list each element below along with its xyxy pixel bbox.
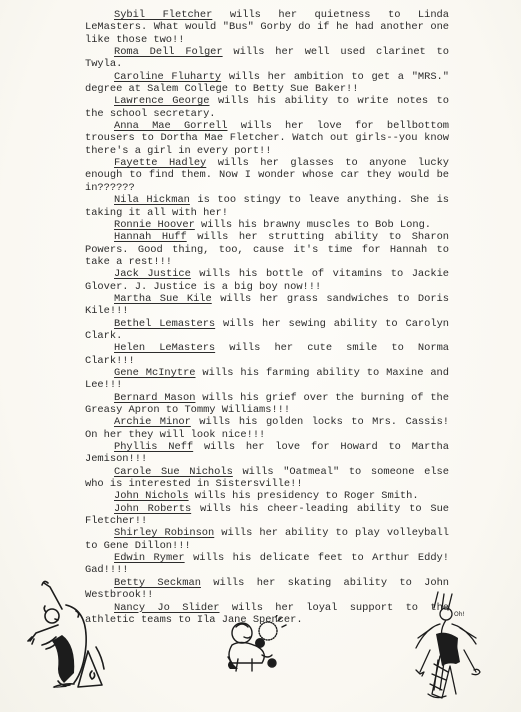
boxer-illustration bbox=[222, 615, 297, 675]
class-will-text: Sybil Fletcher wills her quietness to Li… bbox=[85, 9, 449, 626]
will-entry: Caroline Fluharty wills her ambition to … bbox=[85, 71, 449, 96]
will-entry: Martha Sue Kile wills her grass sandwich… bbox=[85, 293, 449, 318]
student-name: Martha Sue Kile bbox=[114, 293, 212, 305]
will-entry: John Roberts wills his cheer-leading abi… bbox=[85, 503, 449, 528]
knocked-out-figure-icon: Oh! bbox=[410, 590, 500, 705]
student-name: Edwin Rymer bbox=[114, 552, 185, 564]
will-entry: Shirley Robinson wills her ability to pl… bbox=[85, 527, 449, 552]
will-entry: Jack Justice wills his bottle of vitamin… bbox=[85, 268, 449, 293]
will-entry: Betty Seckman wills her skating ability … bbox=[85, 577, 449, 602]
student-name: Lawrence George bbox=[114, 95, 209, 107]
student-name: John Roberts bbox=[114, 503, 191, 515]
cheerleader-icon bbox=[22, 575, 122, 690]
will-entry: Carole Sue Nichols wills "Oatmeal" to so… bbox=[85, 466, 449, 491]
student-name: Bernard Mason bbox=[114, 392, 195, 404]
student-name: Caroline Fluharty bbox=[114, 71, 221, 83]
student-name: Fayette Hadley bbox=[114, 157, 206, 169]
will-entry: Helen LeMasters wills her cute smile to … bbox=[85, 342, 449, 367]
will-entry: Anna Mae Gorrell wills her love for bell… bbox=[85, 120, 449, 157]
will-entry: Fayette Hadley wills her glasses to anyo… bbox=[85, 157, 449, 194]
student-name: Sybil Fletcher bbox=[114, 9, 212, 21]
will-entry: Phyllis Neff wills her love for Howard t… bbox=[85, 441, 449, 466]
will-text: wills his brawny muscles to Bob Long. bbox=[195, 219, 431, 231]
will-entry: Nila Hickman is too stingy to leave anyt… bbox=[85, 194, 449, 219]
will-entry: Gene McInytre wills his farming ability … bbox=[85, 367, 449, 392]
student-name: Archie Minor bbox=[114, 416, 191, 428]
knocked-out-figure-illustration: Oh! bbox=[410, 590, 500, 705]
student-name: Anna Mae Gorrell bbox=[114, 120, 227, 132]
will-entry: Ronnie Hoover wills his brawny muscles t… bbox=[85, 219, 449, 231]
student-name: John Nichols bbox=[114, 490, 189, 502]
student-name: Shirley Robinson bbox=[114, 527, 214, 539]
will-entry: John Nichols wills his presidency to Rog… bbox=[85, 490, 449, 502]
student-name: Phyllis Neff bbox=[114, 441, 193, 453]
will-entry: Bethel Lemasters wills her sewing abilit… bbox=[85, 318, 449, 343]
will-entry: Sybil Fletcher wills her quietness to Li… bbox=[85, 9, 449, 46]
student-name: Carole Sue Nichols bbox=[114, 466, 233, 478]
student-name: Roma Dell Folger bbox=[114, 46, 223, 58]
will-entry: Archie Minor wills his golden locks to M… bbox=[85, 416, 449, 441]
student-name: Bethel Lemasters bbox=[114, 318, 215, 330]
document-page: Sybil Fletcher wills her quietness to Li… bbox=[0, 0, 521, 712]
will-entry: Roma Dell Folger wills her well used cla… bbox=[85, 46, 449, 71]
will-text: wills his presidency to Roger Smith. bbox=[189, 490, 419, 502]
student-name: Jack Justice bbox=[114, 268, 191, 280]
cheerleader-illustration bbox=[22, 575, 122, 690]
exclamation-caption: Oh! bbox=[454, 611, 465, 618]
will-entry: Bernard Mason wills his grief over the b… bbox=[85, 392, 449, 417]
will-entry: Edwin Rymer wills his delicate feet to A… bbox=[85, 552, 449, 577]
student-name: Hannah Huff bbox=[114, 231, 187, 243]
student-name: Gene McInytre bbox=[114, 367, 196, 379]
student-name: Helen LeMasters bbox=[114, 342, 215, 354]
student-name: Nila Hickman bbox=[114, 194, 190, 206]
student-name: Betty Seckman bbox=[114, 577, 201, 589]
student-name: Nancy Jo Slider bbox=[114, 602, 220, 614]
boxer-icon bbox=[222, 615, 297, 675]
will-entry: Hannah Huff wills her strutting ability … bbox=[85, 231, 449, 268]
will-entry: Lawrence George wills his ability to wri… bbox=[85, 95, 449, 120]
student-name: Ronnie Hoover bbox=[114, 219, 195, 231]
